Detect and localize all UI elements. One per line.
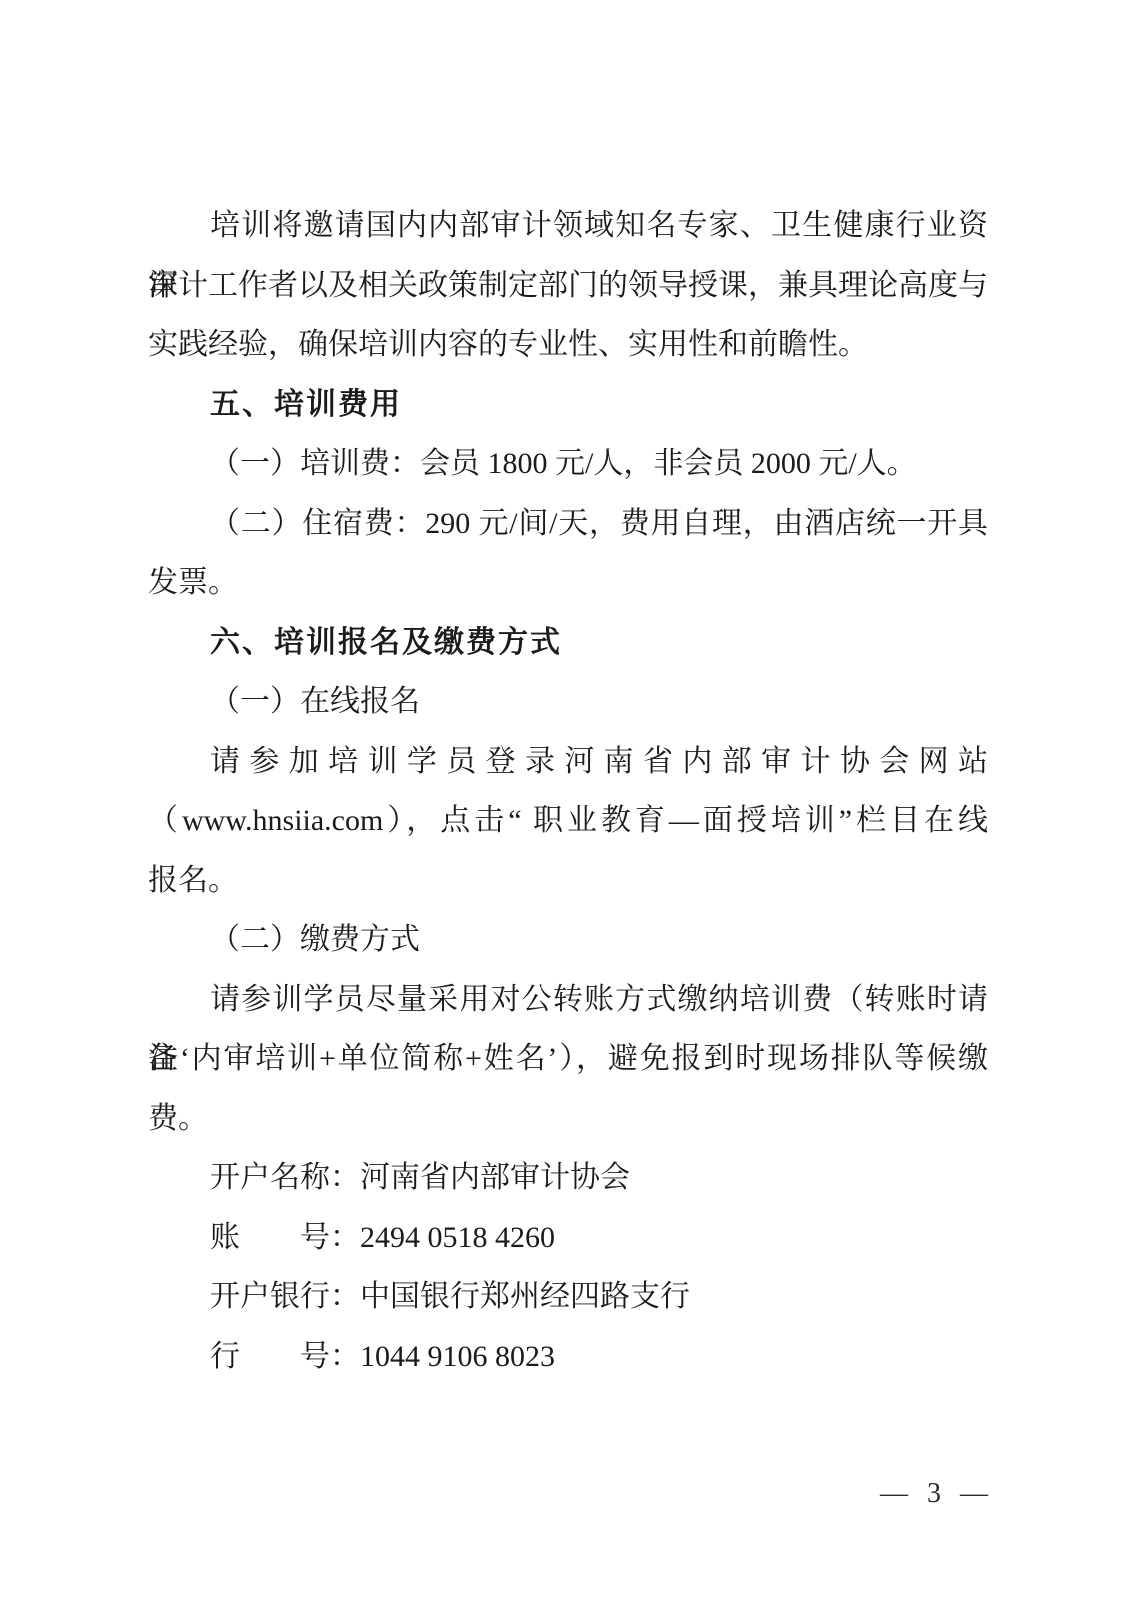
text-line: 发票。	[148, 553, 988, 613]
text-line: 开户银行：中国银行郑州经四路支行	[148, 1267, 988, 1327]
text-line: 实践经验，确保培训内容的专业性、实用性和前瞻性。	[148, 315, 988, 375]
document-page: 培训将邀请国内内部审计领域知名专家、卫生健康行业资深审计工作者以及相关政策制定部…	[0, 0, 1132, 1600]
text-line: 培训将邀请国内内部审计领域知名专家、卫生健康行业资深	[148, 196, 988, 256]
text-line: 注‘内审培训+单位简称+姓名’），避免报到时现场排队等候缴	[148, 1029, 988, 1089]
text-line: 六、培训报名及缴费方式	[148, 613, 988, 673]
page-number: — 3 —	[880, 1478, 994, 1510]
text-line: （一）培训费：会员 1800 元/人，非会员 2000 元/人。	[148, 434, 988, 494]
text-line: 审计工作者以及相关政策制定部门的领导授课，兼具理论高度与	[148, 256, 988, 316]
text-line: 报名。	[148, 851, 988, 911]
document-body: 培训将邀请国内内部审计领域知名专家、卫生健康行业资深审计工作者以及相关政策制定部…	[148, 196, 988, 1386]
text-line: （二）缴费方式	[148, 910, 988, 970]
text-line: 行 号：1044 9106 8023	[148, 1327, 988, 1387]
text-line: 开户名称：河南省内部审计协会	[148, 1148, 988, 1208]
text-line: （一）在线报名	[148, 672, 988, 732]
text-line: （www.hnsiia.com），点击“ 职业教育—面授培训”栏目在线	[148, 791, 988, 851]
text-line: 五、培训费用	[148, 375, 988, 435]
text-line: 请参训学员尽量采用对公转账方式缴纳培训费（转账时请备	[148, 970, 988, 1030]
text-line: 费。	[148, 1089, 988, 1149]
text-line: 账 号：2494 0518 4260	[148, 1208, 988, 1268]
text-line: 请参加培训学员登录河南省内部审计协会网站	[148, 732, 988, 792]
text-line: （二）住宿费：290 元/间/天，费用自理，由酒店统一开具	[148, 494, 988, 554]
